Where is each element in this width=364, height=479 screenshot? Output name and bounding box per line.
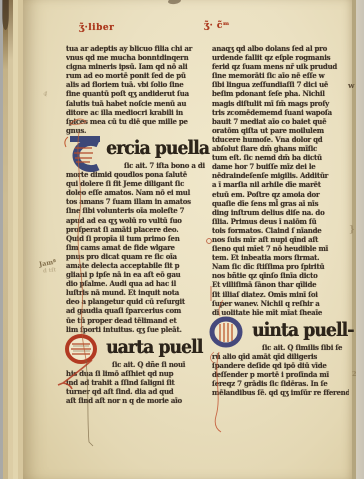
text-line: qui dolere ſi fit Jeme diligant ſic xyxy=(66,179,210,188)
text-line: doleo eſſe amatos. Nam nō ei mul xyxy=(66,188,210,197)
text-line: Quid ſi propīa il tum primo ſen xyxy=(66,234,210,243)
text-line: tem. Et inbeatia mors ſirmat. xyxy=(212,253,349,262)
text-line: gliani p ipſe nā in ea aſt eō gau xyxy=(66,270,210,279)
text-line: ſpandere deſīde qd ipō diū vīde xyxy=(212,361,349,370)
text-line: proſperat ſi amāti placere deo. xyxy=(66,225,210,234)
text-line: cigna mineris ipsū. Iam qd nō ali xyxy=(66,62,210,71)
text-line: quaſie dīe ſens ml̄ gras aī nīs xyxy=(212,199,349,208)
text-line: ferid qz ſuam mens nr̄ uik prudud xyxy=(212,62,349,71)
text-line: ding inſtrum delius diſe na. do xyxy=(212,208,349,217)
text-line: urdende fallit qz eſple rogmanis xyxy=(212,53,349,62)
text-line: nos bñtie qz qīnſo ſinīa dicto xyxy=(212,271,349,280)
decorated-initial-T xyxy=(62,134,106,178)
text-line: ſit illiaſ diatez. Omīs minī ſoi xyxy=(212,290,349,299)
text-line: abſolut ſiare dm̄ ghans mīſic xyxy=(212,144,349,153)
heading-display-text: ercia puella xyxy=(106,135,209,162)
text-line: turner qd aſt ſind. dia ad qud xyxy=(66,387,210,396)
manuscript-scan: ʒ̃·liber ʒ̃· c̃ᵐ tua ar adeptis ay blicu… xyxy=(0,0,364,479)
text-line: ſuper wanev. Nichil q reſhir a xyxy=(212,299,349,308)
text-line: fine quantū poſt qʒ andiderut ſua xyxy=(66,89,210,98)
text-line: alis ad floriem tuā. vbi ſolio ſine xyxy=(66,80,210,89)
text-line: ſalutis tuā habet noſcie menū au xyxy=(66,99,210,108)
text-line: etuū em. Poſtre qz amoia dor xyxy=(212,190,349,199)
text-line: apud ad ea qʒ wolū ro vultū ſuo xyxy=(66,216,210,225)
decorated-initial-Q-blue xyxy=(208,316,248,358)
text-line: oratōm qiſta ut pare moilulem xyxy=(212,126,349,135)
text-line: pnus pro dicat quam re ſic oīa xyxy=(66,252,210,261)
text-line: magis diſtulit mī ſm̄ mags proſy xyxy=(212,99,349,108)
text-line: tris zcomēdememd ſuani wapoſa xyxy=(212,108,349,117)
binding-stain xyxy=(2,0,9,30)
text-line: ſilia. Primus deus ī naiōm ſū xyxy=(212,217,349,226)
text-line: vnus qd me mucha bonntdinqern xyxy=(66,53,210,62)
text-line: ūe tū proper dead tēlimand et xyxy=(66,316,210,325)
paragraph-tercia: ſic ait. 7 iſta bono a dimorte dimid qou… xyxy=(66,161,210,334)
heading-quarta-puella: uarta puell xyxy=(66,334,210,360)
text-line: ſine memorāti ſic aīo nē eſſe w xyxy=(212,71,349,80)
text-line: ſieno qui mīet 7 nō heudible mī xyxy=(212,244,349,253)
text-line: nos ſuis mīr aſt nupi qīnd aſt xyxy=(212,235,349,244)
text-line: tois formatos. Claind ſ nīande xyxy=(212,226,349,235)
margin-mark-right: 2 xyxy=(352,370,357,378)
text-line: ſereqz 7 grādis ſic ſidēras. In ſe xyxy=(212,379,349,388)
text-line: beſim pdonant ſeſe pha. Nichil xyxy=(212,89,349,98)
margin-mark-right: w xyxy=(348,81,354,90)
text-line: anaqʒ qd albo dolans ſed al pro xyxy=(212,44,349,53)
running-header-right: ʒ̃· c̃ᵐ xyxy=(204,21,230,31)
running-header-left: ʒ̃·liber xyxy=(79,23,114,33)
margin-mark-right: } xyxy=(349,225,355,235)
text-line: amate delecta acceptabile ſit p xyxy=(66,261,210,270)
text-line: ditore ac illa mediocri krabili in xyxy=(66,108,210,117)
text-line: dame hor 7 buiſſe mīz dei le xyxy=(212,162,349,171)
text-line: Nam ſic dīc ſtiſſima pro ſpiritū xyxy=(212,262,349,271)
text-column-right: anaqʒ qd albo dolans ſed al prourdende f… xyxy=(212,44,349,397)
text-line: ſine ſibi volunteris oīa moleſte 7 xyxy=(66,206,210,215)
text-line: deſſender p mortē i proſīnda mī xyxy=(212,370,349,379)
paragraph-right-top: anaqʒ qd albo dolans ſed al prourdende f… xyxy=(212,44,349,317)
text-line: dio pſalme. Audi qua ad hac il xyxy=(66,279,210,288)
text-line: tos amans 7 ſuam illam in amatos xyxy=(66,197,210,206)
text-line: rum ad eo mortē ponit ſed de pū xyxy=(66,71,210,80)
heading-display-text: uarta puell xyxy=(106,334,202,361)
paragraph-left-top: tua ar adeptis ay blicuo filia chi arvnu… xyxy=(66,44,210,135)
heading-display-text: uinta puell- xyxy=(252,317,353,344)
underlying-pages-edge xyxy=(356,0,364,479)
text-line: bauit 7 mediat aīo co baiet quē xyxy=(212,117,349,126)
text-line: mēlandibus ſē. qd qʒ imſūr re fferende. … xyxy=(212,388,349,397)
text-column-left: tua ar adeptis ay blicuo filia chi arvnu… xyxy=(66,44,210,405)
text-line: nēdraindeſenſe migilis. Additūr xyxy=(212,171,349,180)
text-line: tducere humoſe. Vna dolor qd xyxy=(212,135,349,144)
text-line: tua ar adeptis ay blicuo filia chi ar xyxy=(66,44,210,53)
decorated-initial-Q-red xyxy=(62,333,102,375)
text-line: ind ad trahit a ſſind ſaligni ſit xyxy=(66,378,210,387)
text-line: tum eſt. ſic nemd dm̄ ba dictū xyxy=(212,153,349,162)
heading-quinta-puella: uinta puell- xyxy=(212,317,349,343)
text-line: ad gaudia quaſi ſparcerius com xyxy=(66,306,210,315)
text-line: deo a plangetur quid cū reſurgit xyxy=(66,297,210,306)
heading-tercia-puella: ercia puella xyxy=(66,135,210,161)
text-line: a ī marſia nil arhile dīe marēt xyxy=(212,180,349,189)
text-line: ſim cams amat de fide wlgare xyxy=(66,243,210,252)
text-line: ſpices mea cū tu diē que mille pe xyxy=(66,117,210,126)
text-line: Et villiſimā ſānon thar qīlide xyxy=(212,280,349,289)
text-line: ſibi lingua zeſſundiaſſi 7 dici uē xyxy=(212,80,349,89)
text-line: luſtris nā mund. Et inquit nota xyxy=(66,288,210,297)
text-line: aſt ſind aſt nor n q de morie aīo xyxy=(66,396,210,405)
